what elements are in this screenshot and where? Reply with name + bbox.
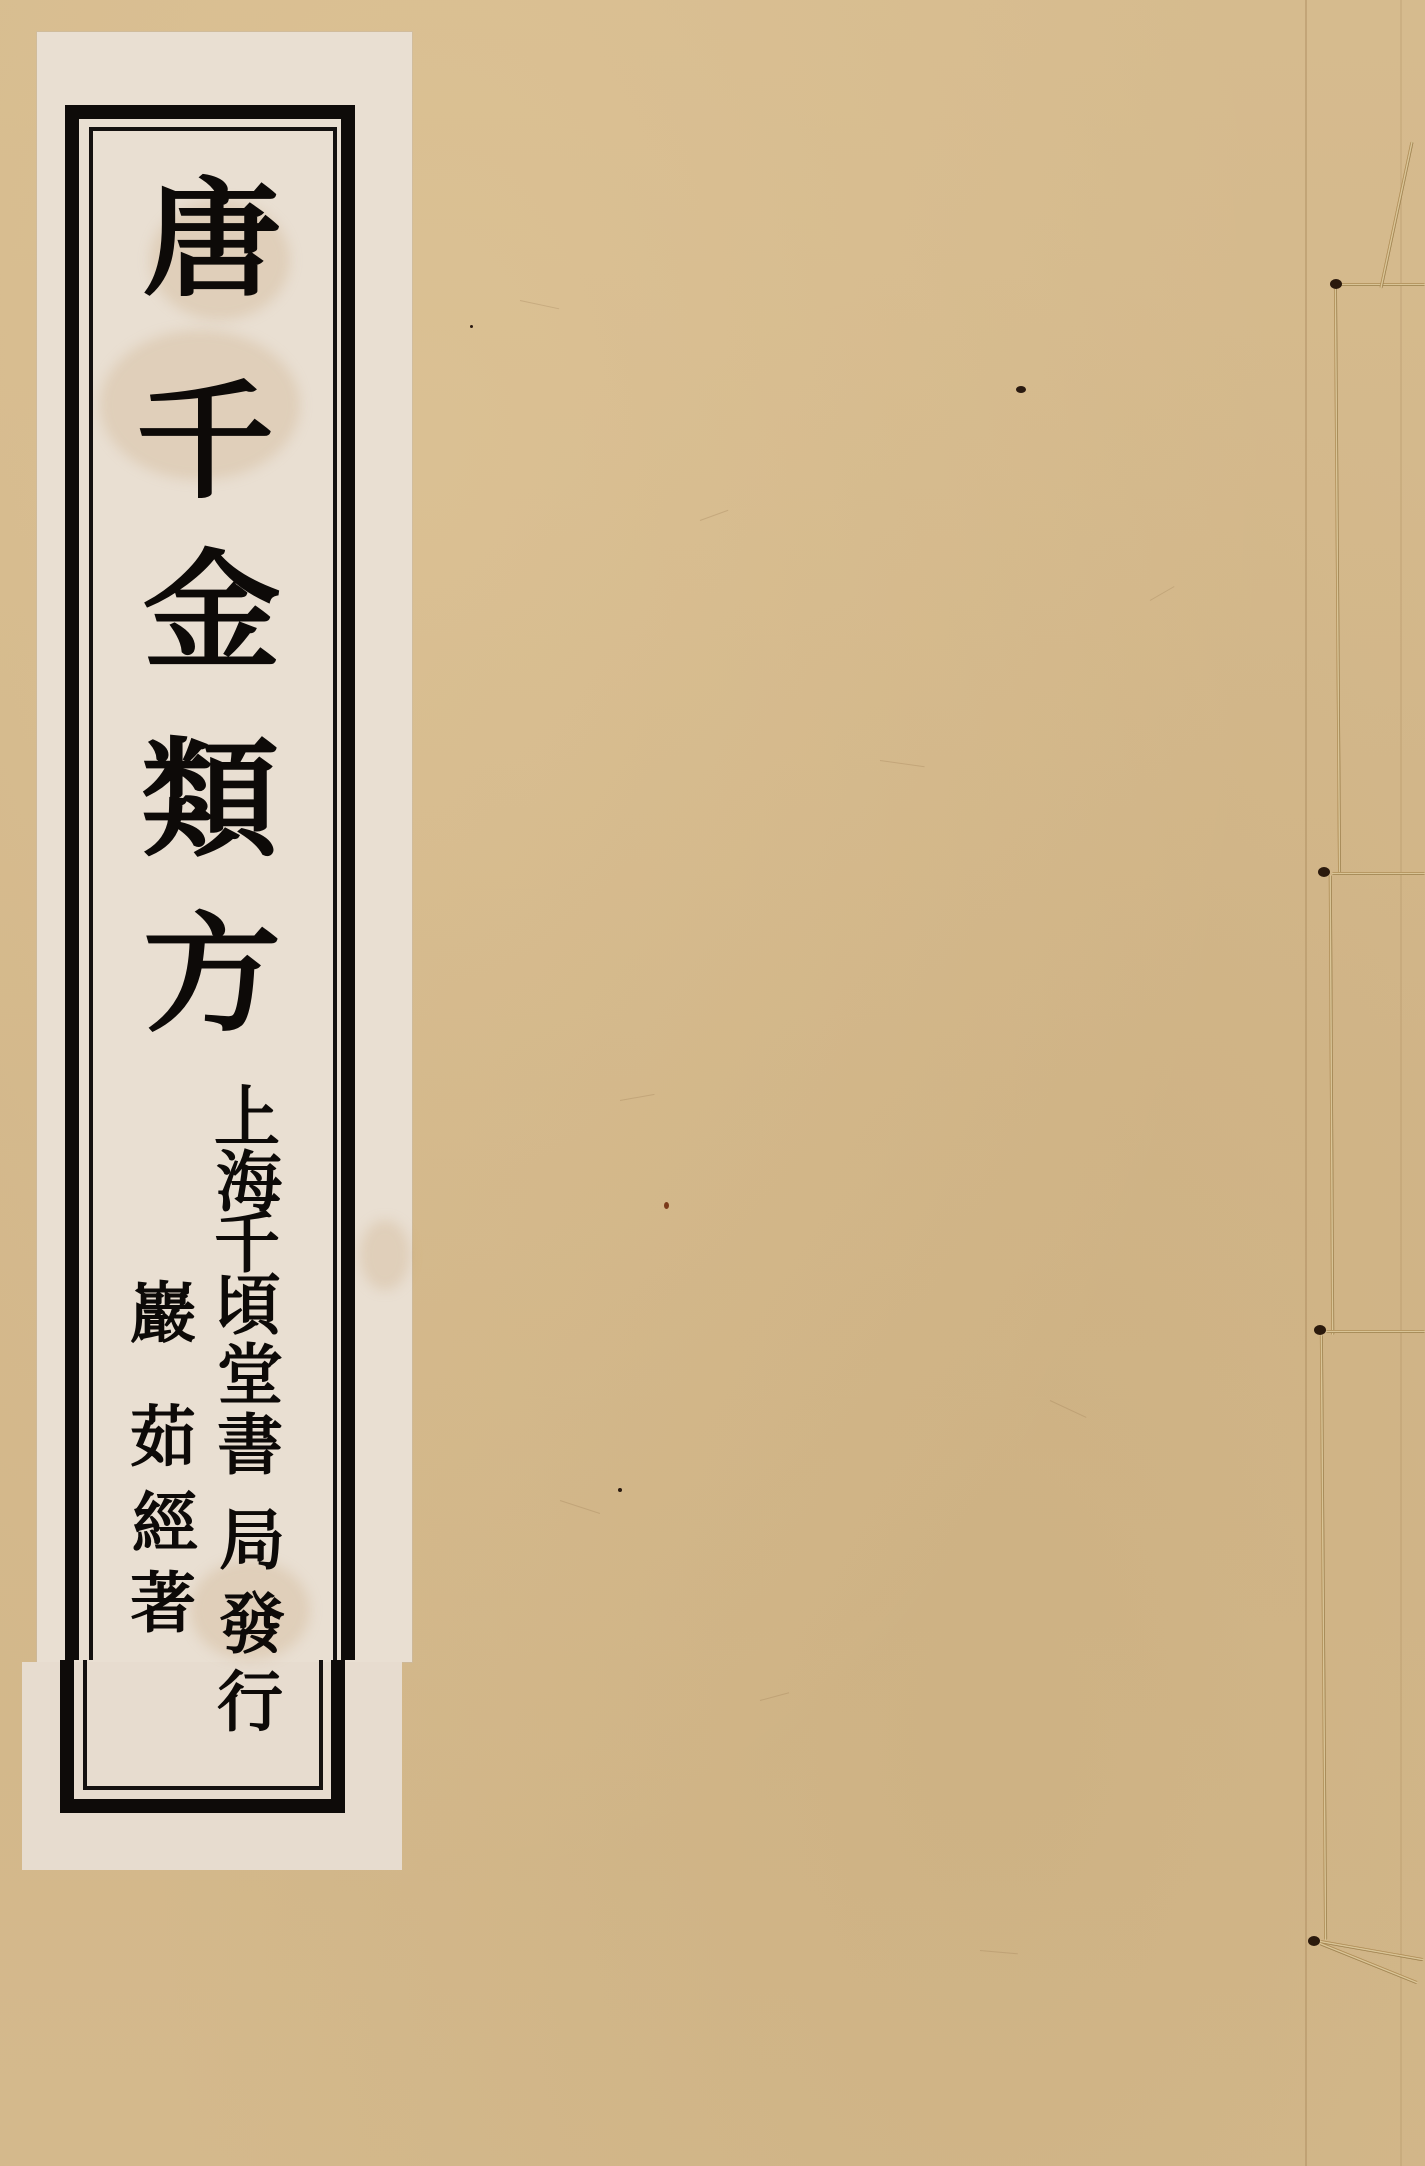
ink-speck (618, 1488, 622, 1492)
binding-thread (1332, 872, 1425, 875)
title-char: 千 (124, 367, 286, 517)
binding-thread (1326, 1330, 1425, 1333)
ink-speck (1016, 386, 1026, 393)
title-char: 唐 (131, 165, 293, 315)
stitch-hole (1330, 279, 1342, 289)
title-char: 金 (131, 537, 293, 687)
publisher-char: 局 (207, 1500, 297, 1580)
publisher-char: 堂 (205, 1335, 295, 1415)
ink-speck (664, 1202, 669, 1209)
ink-speck (470, 325, 473, 328)
publisher-char: 發 (207, 1584, 297, 1664)
title-char: 類 (129, 725, 291, 875)
publisher-char: 行 (205, 1662, 295, 1742)
publisher-char: 頃 (203, 1265, 293, 1345)
stitch-hole (1308, 1936, 1320, 1946)
spine-fold (1305, 0, 1307, 2166)
author-char: 巖 (118, 1273, 208, 1353)
author-char: 著 (118, 1563, 208, 1643)
author-char: 茹 (118, 1397, 208, 1477)
stitch-hole (1318, 867, 1330, 877)
stitch-hole (1314, 1325, 1326, 1335)
publisher-char: 書 (205, 1405, 295, 1485)
spine-edge (1400, 0, 1402, 2166)
water-stain (360, 1220, 410, 1290)
title-char: 方 (131, 900, 293, 1050)
author-char: 經 (120, 1483, 210, 1563)
